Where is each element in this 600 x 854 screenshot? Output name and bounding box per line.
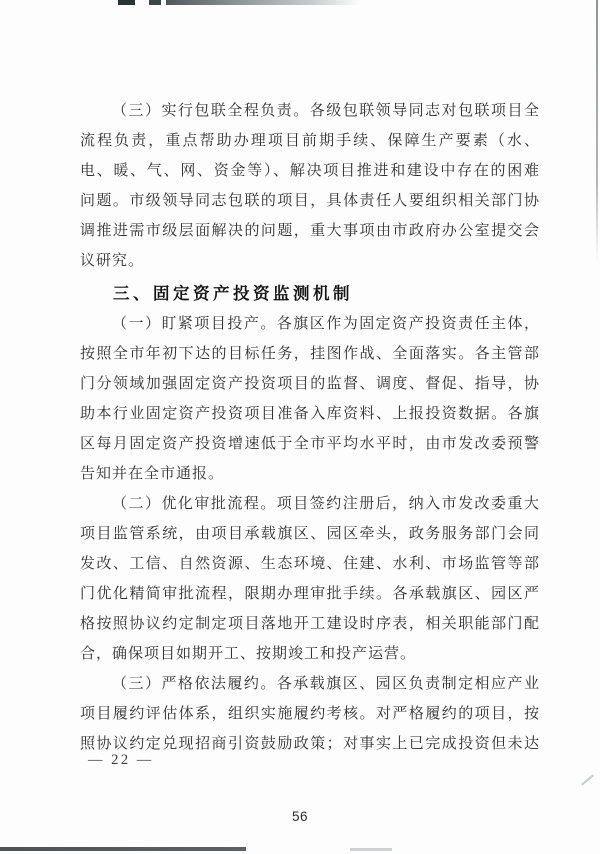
paragraph: （三）实行包联全程负责。各级包联领导同志对包联项目全流程负责，重点帮助办理项目前…	[80, 96, 540, 276]
text-line: 区每月固定资产投资增速低于全市平均水平时，由市发改委预警	[80, 429, 540, 459]
scan-artifact-bottom-faint-mark	[350, 848, 392, 851]
document-content: （三）实行包联全程负责。各级包联领导同志对包联项目全流程负责，重点帮助办理项目前…	[80, 0, 540, 759]
scan-artifact-corner-mark	[581, 774, 594, 785]
paragraph: （二）优化审批流程。项目签约注册后，纳入市发改委重大项目监管系统，由项目承载旗区…	[80, 489, 540, 669]
text-line: 合，确保项目如期开工、按期竣工和投产运营。	[80, 639, 540, 669]
paragraph: （一）盯紧项目投产。各旗区作为固定资产投资责任主体，按照全市年初下达的目标任务，…	[80, 309, 540, 489]
doc-footer-page-number: — 22 —	[88, 752, 154, 769]
text-line: 议研究。	[80, 246, 540, 276]
document-page: （三）实行包联全程负责。各级包联领导同志对包联项目全流程负责，重点帮助办理项目前…	[0, 0, 600, 854]
text-line: 调推进需市级层面解决的问题，重大事项由市政府办公室提交会	[80, 216, 540, 246]
text-line: （三）实行包联全程负责。各级包联领导同志对包联项目全	[80, 96, 540, 126]
text-line: 按照全市年初下达的目标任务，挂图作战、全面落实。各主管部	[80, 339, 540, 369]
text-line: 门优化精简审批流程，限期办理审批手续。各承载旗区、园区严	[80, 579, 540, 609]
scan-artifact-right-edge-line	[596, 0, 598, 262]
viewer-page-number: 56	[0, 809, 600, 824]
text-line: 项目履约评估体系，组织实施履约考核。对严格履约的项目，按	[80, 699, 540, 729]
section-heading: 三、固定资产投资监测机制	[80, 279, 540, 309]
text-line: （三）严格依法履约。各承载旗区、园区负责制定相应产业	[80, 669, 540, 699]
text-line: 流程负责，重点帮助办理项目前期手续、保障生产要素（水、	[80, 126, 540, 156]
text-line: （二）优化审批流程。项目签约注册后，纳入市发改委重大	[80, 489, 540, 519]
text-line: 问题。市级领导同志包联的项目，具体责任人要组织相关部门协	[80, 186, 540, 216]
text-line: （一）盯紧项目投产。各旗区作为固定资产投资责任主体，	[80, 309, 540, 339]
text-line: 告知并在全市通报。	[80, 459, 540, 489]
text-line: 项目监管系统，由项目承载旗区、园区牵头，政务服务部门会同	[80, 519, 540, 549]
scan-artifact-bottom-band	[0, 847, 246, 851]
text-line: 助本行业固定资产投资项目准备入库资料、上报投资数据。各旗	[80, 399, 540, 429]
text-line: 发改、工信、自然资源、生态环境、住建、水利、市场监管等部	[80, 549, 540, 579]
paragraph: （三）严格依法履约。各承载旗区、园区负责制定相应产业项目履约评估体系，组织实施履…	[80, 669, 540, 759]
text-line: 格按照协议约定制定项目落地开工建设时序表，相关职能部门配	[80, 609, 540, 639]
text-line: 门分领域加强固定资产投资项目的监督、调度、督促、指导，协	[80, 369, 540, 399]
text-line: 电、暖、气、网、资金等）、解决项目推进和建设中存在的困难	[80, 156, 540, 186]
